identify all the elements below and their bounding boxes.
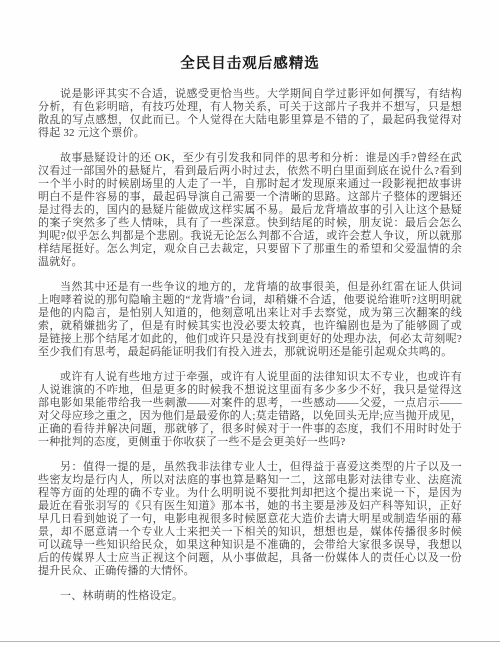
paragraph-5: 另：值得一提的是，虽然我非法律专业人士，但得益于喜爱这类型的片子以及一些密友均是… [38, 461, 462, 578]
paragraph-2: 故事悬疑设计的还 OK，至少有引发我和同伴的思考和分析：谁是凶手?曾经在武汉看过… [38, 152, 462, 269]
paragraph-3: 当然其中还是有一些争议的地方的，龙背墙的故事很美，但是孙红雷在证人供词上咆哮着说… [38, 281, 462, 359]
paragraph-4: 或许有人说有些地方过于牵强，或许有人说里面的法律知识太不专业，也或许有人说谁演的… [38, 371, 462, 449]
paragraph-1: 说是影评其实不合适，说感受更恰当些。大学期间自学过影评如何撰写，有结构分析，有色… [38, 88, 462, 140]
section-heading: 一、林萌萌的性格设定。 [38, 590, 462, 603]
document-page: 全民目击观后感精选 说是影评其实不合适，说感受更恰当些。大学期间自学过影评如何撰… [0, 0, 500, 647]
document-content: 全民目击观后感精选 说是影评其实不合适，说感受更恰当些。大学期间自学过影评如何撰… [0, 0, 500, 603]
page-bottom-divider [0, 641, 500, 642]
document-title: 全民目击观后感精选 [38, 54, 462, 74]
